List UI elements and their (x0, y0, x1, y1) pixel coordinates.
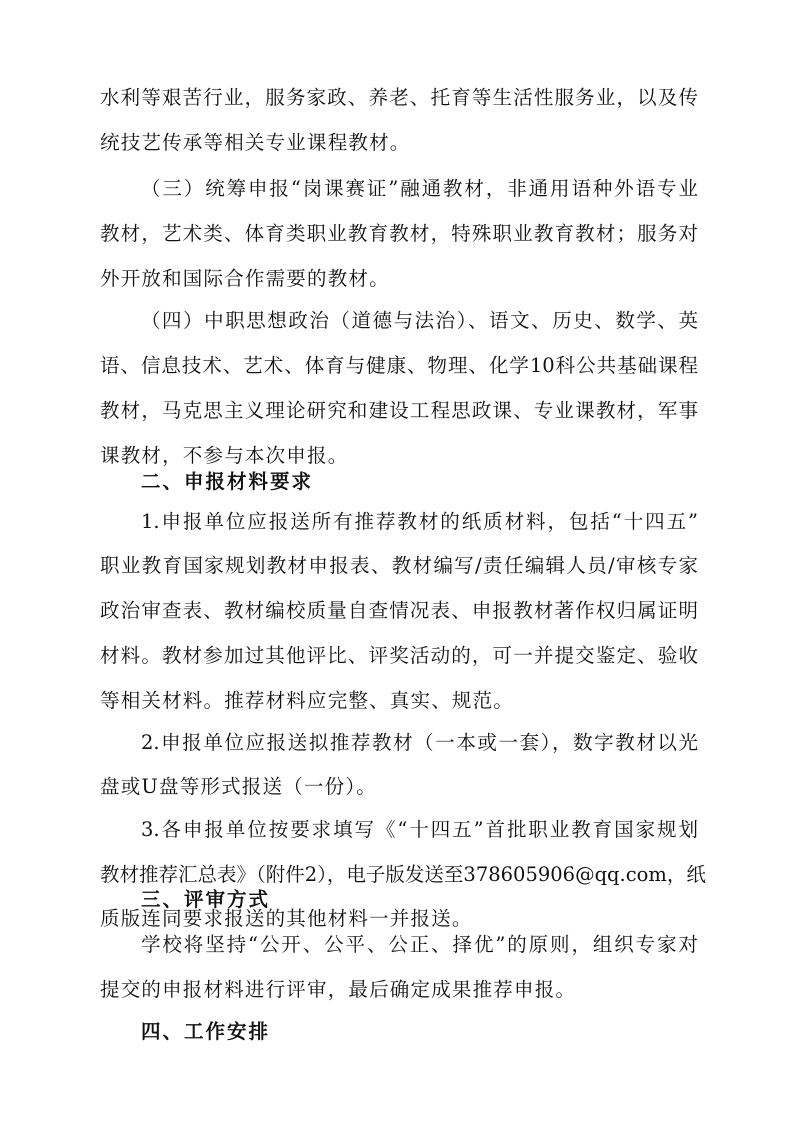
section-heading: 四、工作安排 (141, 1016, 270, 1048)
paragraph-line: 教材，马克思主义理论研究和建设工程思政课、专业课教材，军事 (100, 395, 698, 427)
paragraph-line: 等相关材料。推荐材料应完整、真实、规范。 (100, 685, 514, 717)
paragraph-line: 外开放和国际合作需要的教材。 (100, 263, 390, 295)
section-heading: 三、评审方式 (141, 884, 270, 916)
paragraph-line: 提交的申报材料进行评审，最后确定成果推荐申报。 (100, 974, 576, 1006)
paragraph-line: 语、信息技术、艺术、体育与健康、物理、化学10科公共基础课程 (100, 350, 698, 382)
paragraph-line: 政治审查表、教材编校质量自查情况表、申报教材著作权归属证明 (100, 595, 698, 627)
paragraph-line: 职业教育国家规划教材申报表、教材编写/责任编辑人员/审核专家 (100, 550, 698, 582)
paragraph-line: 1.申报单位应报送所有推荐教材的纸质材料，包括“十四五” (141, 506, 698, 538)
paragraph-line: 2.申报单位应报送拟推荐教材（一本或一套），数字教材以光 (141, 727, 698, 759)
section-heading: 二、申报材料要求 (141, 466, 313, 498)
paragraph-line: 盘或U盘等形式报送（一份）。 (100, 771, 377, 803)
paragraph-line: 教材，艺术类、体育类职业教育教材，特殊职业教育教材；服务对 (100, 218, 698, 250)
paragraph-line: 材料。教材参加过其他评比、评奖活动的，可一并提交鉴定、验收 (100, 640, 698, 672)
paragraph-line: （四）中职思想政治（道德与法治）、语文、历史、数学、英 (141, 305, 698, 337)
paragraph-line: 3.各申报单位按要求填写《“十四五”首批职业教育国家规划 (141, 814, 698, 846)
paragraph-line: （三）统筹申报“岗课赛证”融通教材，非通用语种外语专业 (141, 173, 698, 205)
paragraph-line: 统技艺传承等相关专业课程教材。 (100, 127, 411, 159)
paragraph-line: 水利等艰苦行业，服务家政、养老、托育等生活性服务业，以及传 (100, 82, 698, 114)
paragraph-line: 学校将坚持“公开、公平、公正、择优”的原则，组织专家对 (141, 929, 698, 961)
